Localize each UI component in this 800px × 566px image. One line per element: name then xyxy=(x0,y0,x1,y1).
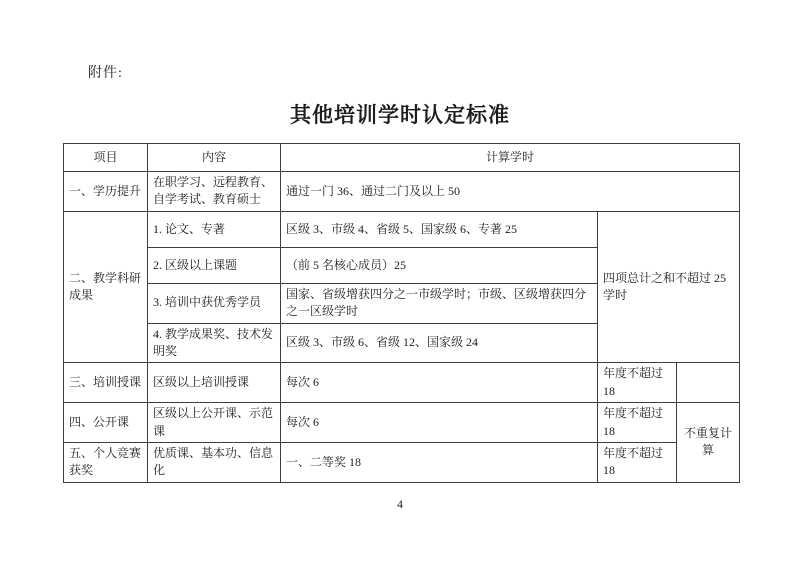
header-hours: 计算学时 xyxy=(281,144,740,172)
cell-item-research: 二、教学科研成果 xyxy=(64,211,148,363)
cell-note-lecturing xyxy=(677,363,740,403)
cell-hours-lecturing: 每次 6 xyxy=(281,363,598,403)
header-item: 项目 xyxy=(64,144,148,172)
cell-content-degree: 在职学习、远程教育、自学考试、教育硕士 xyxy=(148,172,281,212)
table-header-row: 项目 内容 计算学时 xyxy=(64,144,740,172)
cell-item-lecturing: 三、培训授课 xyxy=(64,363,148,403)
cell-no-duplicate-note: 不重复计算 xyxy=(677,403,740,483)
table-row: 四、公开课 区级以上公开课、示范课 每次 6 年度不超过 18 不重复计算 xyxy=(64,403,740,443)
table-row: 五、个人竞赛获奖 优质课、基本功、信息化 一、二等奖 18 年度不超过 18 xyxy=(64,442,740,482)
cell-hours-outstanding-trainee: 国家、省级增获四分之一市级学时；市级、区级增获四分之一区级学时 xyxy=(281,283,598,323)
cell-hours-degree: 通过一门 36、通过二门及以上 50 xyxy=(281,172,740,212)
page-title: 其他培训学时认定标准 xyxy=(0,99,800,129)
cell-hours-achievement-awards: 区级 3、市级 6、省级 12、国家级 24 xyxy=(281,323,598,363)
cell-content-papers: 1. 论文、专著 xyxy=(148,211,281,247)
cell-limit-competition: 年度不超过 18 xyxy=(598,442,677,482)
cell-item-openclass: 四、公开课 xyxy=(64,403,148,443)
cell-hours-projects: （前 5 名核心成员）25 xyxy=(281,247,598,283)
cell-research-cap: 四项总计之和不超过 25 学时 xyxy=(598,211,740,363)
cell-limit-openclass: 年度不超过 18 xyxy=(598,403,677,443)
cell-hours-papers: 区级 3、市级 4、省级 5、国家级 6、专著 25 xyxy=(281,211,598,247)
attachment-label: 附件: xyxy=(88,62,123,82)
table-row: 一、学历提升 在职学习、远程教育、自学考试、教育硕士 通过一门 36、通过二门及… xyxy=(64,172,740,212)
cell-hours-openclass: 每次 6 xyxy=(281,403,598,443)
cell-item-degree: 一、学历提升 xyxy=(64,172,148,212)
table-row: 三、培训授课 区级以上培训授课 每次 6 年度不超过 18 xyxy=(64,363,740,403)
cell-content-projects: 2. 区级以上课题 xyxy=(148,247,281,283)
cell-limit-lecturing: 年度不超过 18 xyxy=(598,363,677,403)
cell-content-openclass: 区级以上公开课、示范课 xyxy=(148,403,281,443)
cell-content-achievement-awards: 4. 教学成果奖、技术发明奖 xyxy=(148,323,281,363)
document-page: 附件: 其他培训学时认定标准 项目 内容 计算学时 一、学历提升 在职学习、远程… xyxy=(0,0,800,566)
page-number: 4 xyxy=(0,497,800,512)
cell-content-outstanding-trainee: 3. 培训中获优秀学员 xyxy=(148,283,281,323)
cell-hours-competition: 一、二等奖 18 xyxy=(281,442,598,482)
cell-item-competition: 五、个人竞赛获奖 xyxy=(64,442,148,482)
table-row: 二、教学科研成果 1. 论文、专著 区级 3、市级 4、省级 5、国家级 6、专… xyxy=(64,211,740,247)
cell-content-competition: 优质课、基本功、信息化 xyxy=(148,442,281,482)
training-hours-table: 项目 内容 计算学时 一、学历提升 在职学习、远程教育、自学考试、教育硕士 通过… xyxy=(63,143,740,483)
header-content: 内容 xyxy=(148,144,281,172)
cell-content-lecturing: 区级以上培训授课 xyxy=(148,363,281,403)
